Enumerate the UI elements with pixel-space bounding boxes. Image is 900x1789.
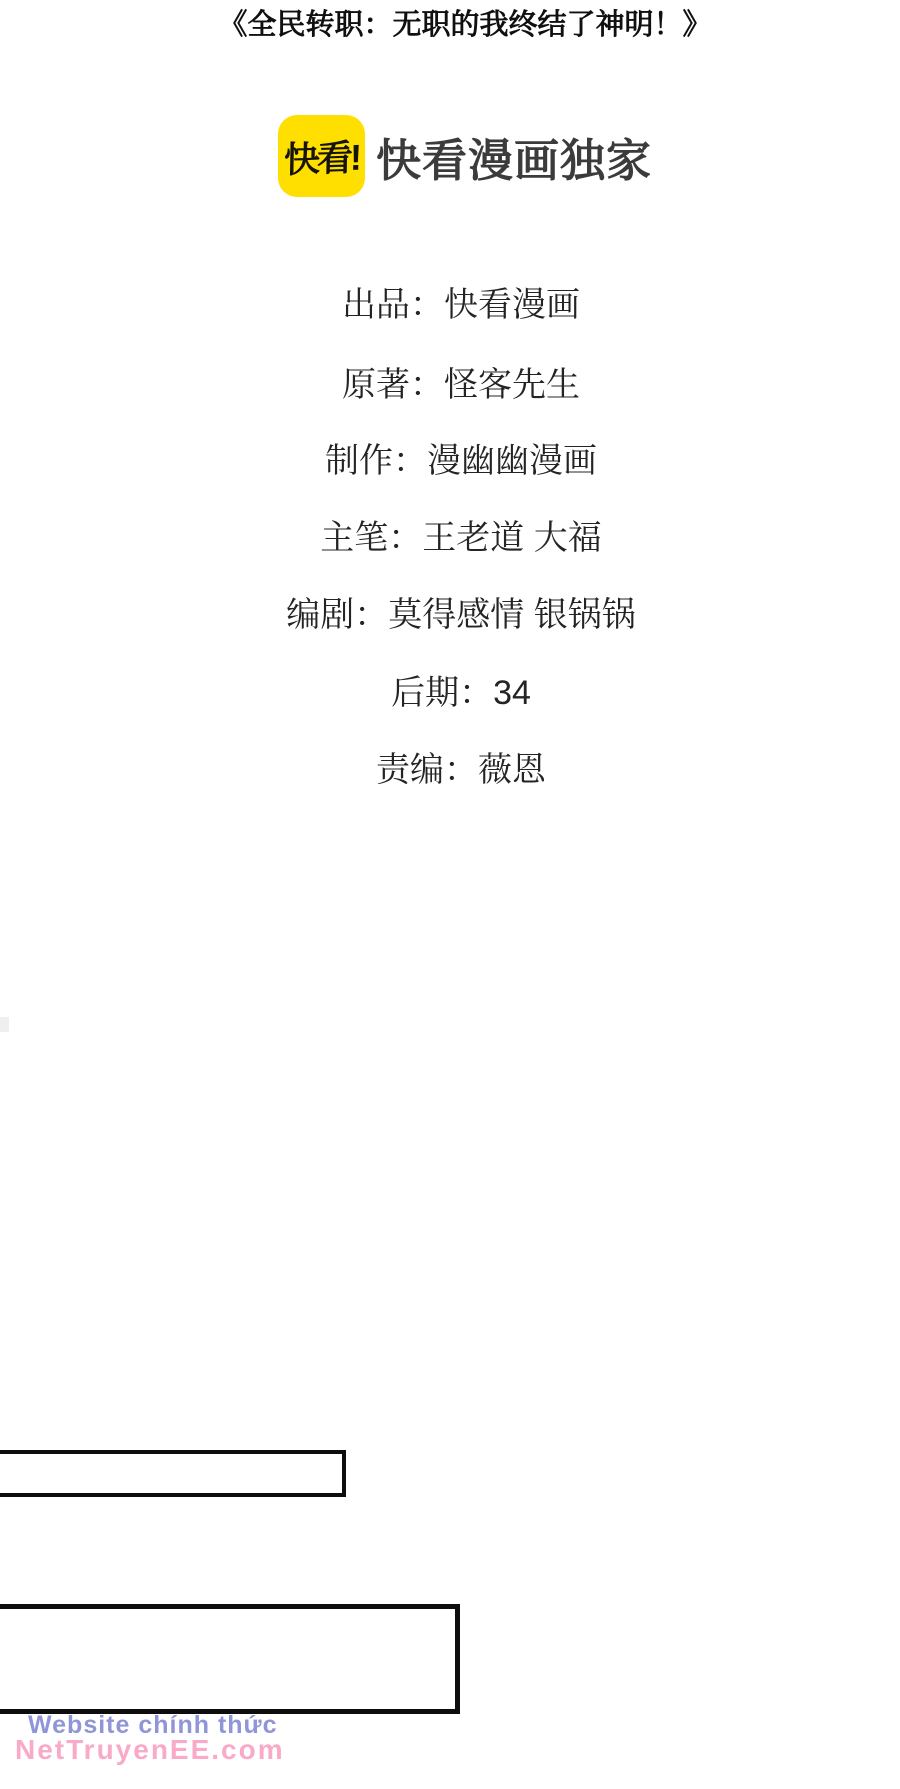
credit-line-screenwriter: 编剧：莫得感情 银锅锅 bbox=[0, 587, 900, 636]
credit-line-original-author: 原著：怪客先生 bbox=[0, 357, 900, 406]
kuaikan-logo-icon: 快看! bbox=[278, 115, 365, 197]
credit-line-lead-artist: 主笔：王老道 大福 bbox=[0, 510, 900, 559]
brand-row: 快看! 快看漫画独家 bbox=[0, 113, 900, 199]
brand-name: 快看漫画独家 bbox=[376, 124, 652, 189]
watermark-site-url: NetTruyenEE.com bbox=[15, 1734, 285, 1766]
panel-outline-top bbox=[0, 1450, 346, 1497]
page-edge-mark bbox=[0, 1017, 9, 1032]
credit-line-post-production: 后期：34 bbox=[0, 665, 900, 714]
kuaikan-logo-text: 快看! bbox=[284, 129, 360, 183]
page-title: 《全民转职：无职的我终结了神明！》 bbox=[0, 2, 900, 43]
panel-outline-bottom bbox=[0, 1604, 460, 1714]
credit-line-editor: 责编：薇恩 bbox=[0, 742, 900, 791]
credit-line-publisher: 出品：快看漫画 bbox=[0, 277, 900, 326]
credit-line-production: 制作：漫幽幽漫画 bbox=[0, 433, 900, 482]
